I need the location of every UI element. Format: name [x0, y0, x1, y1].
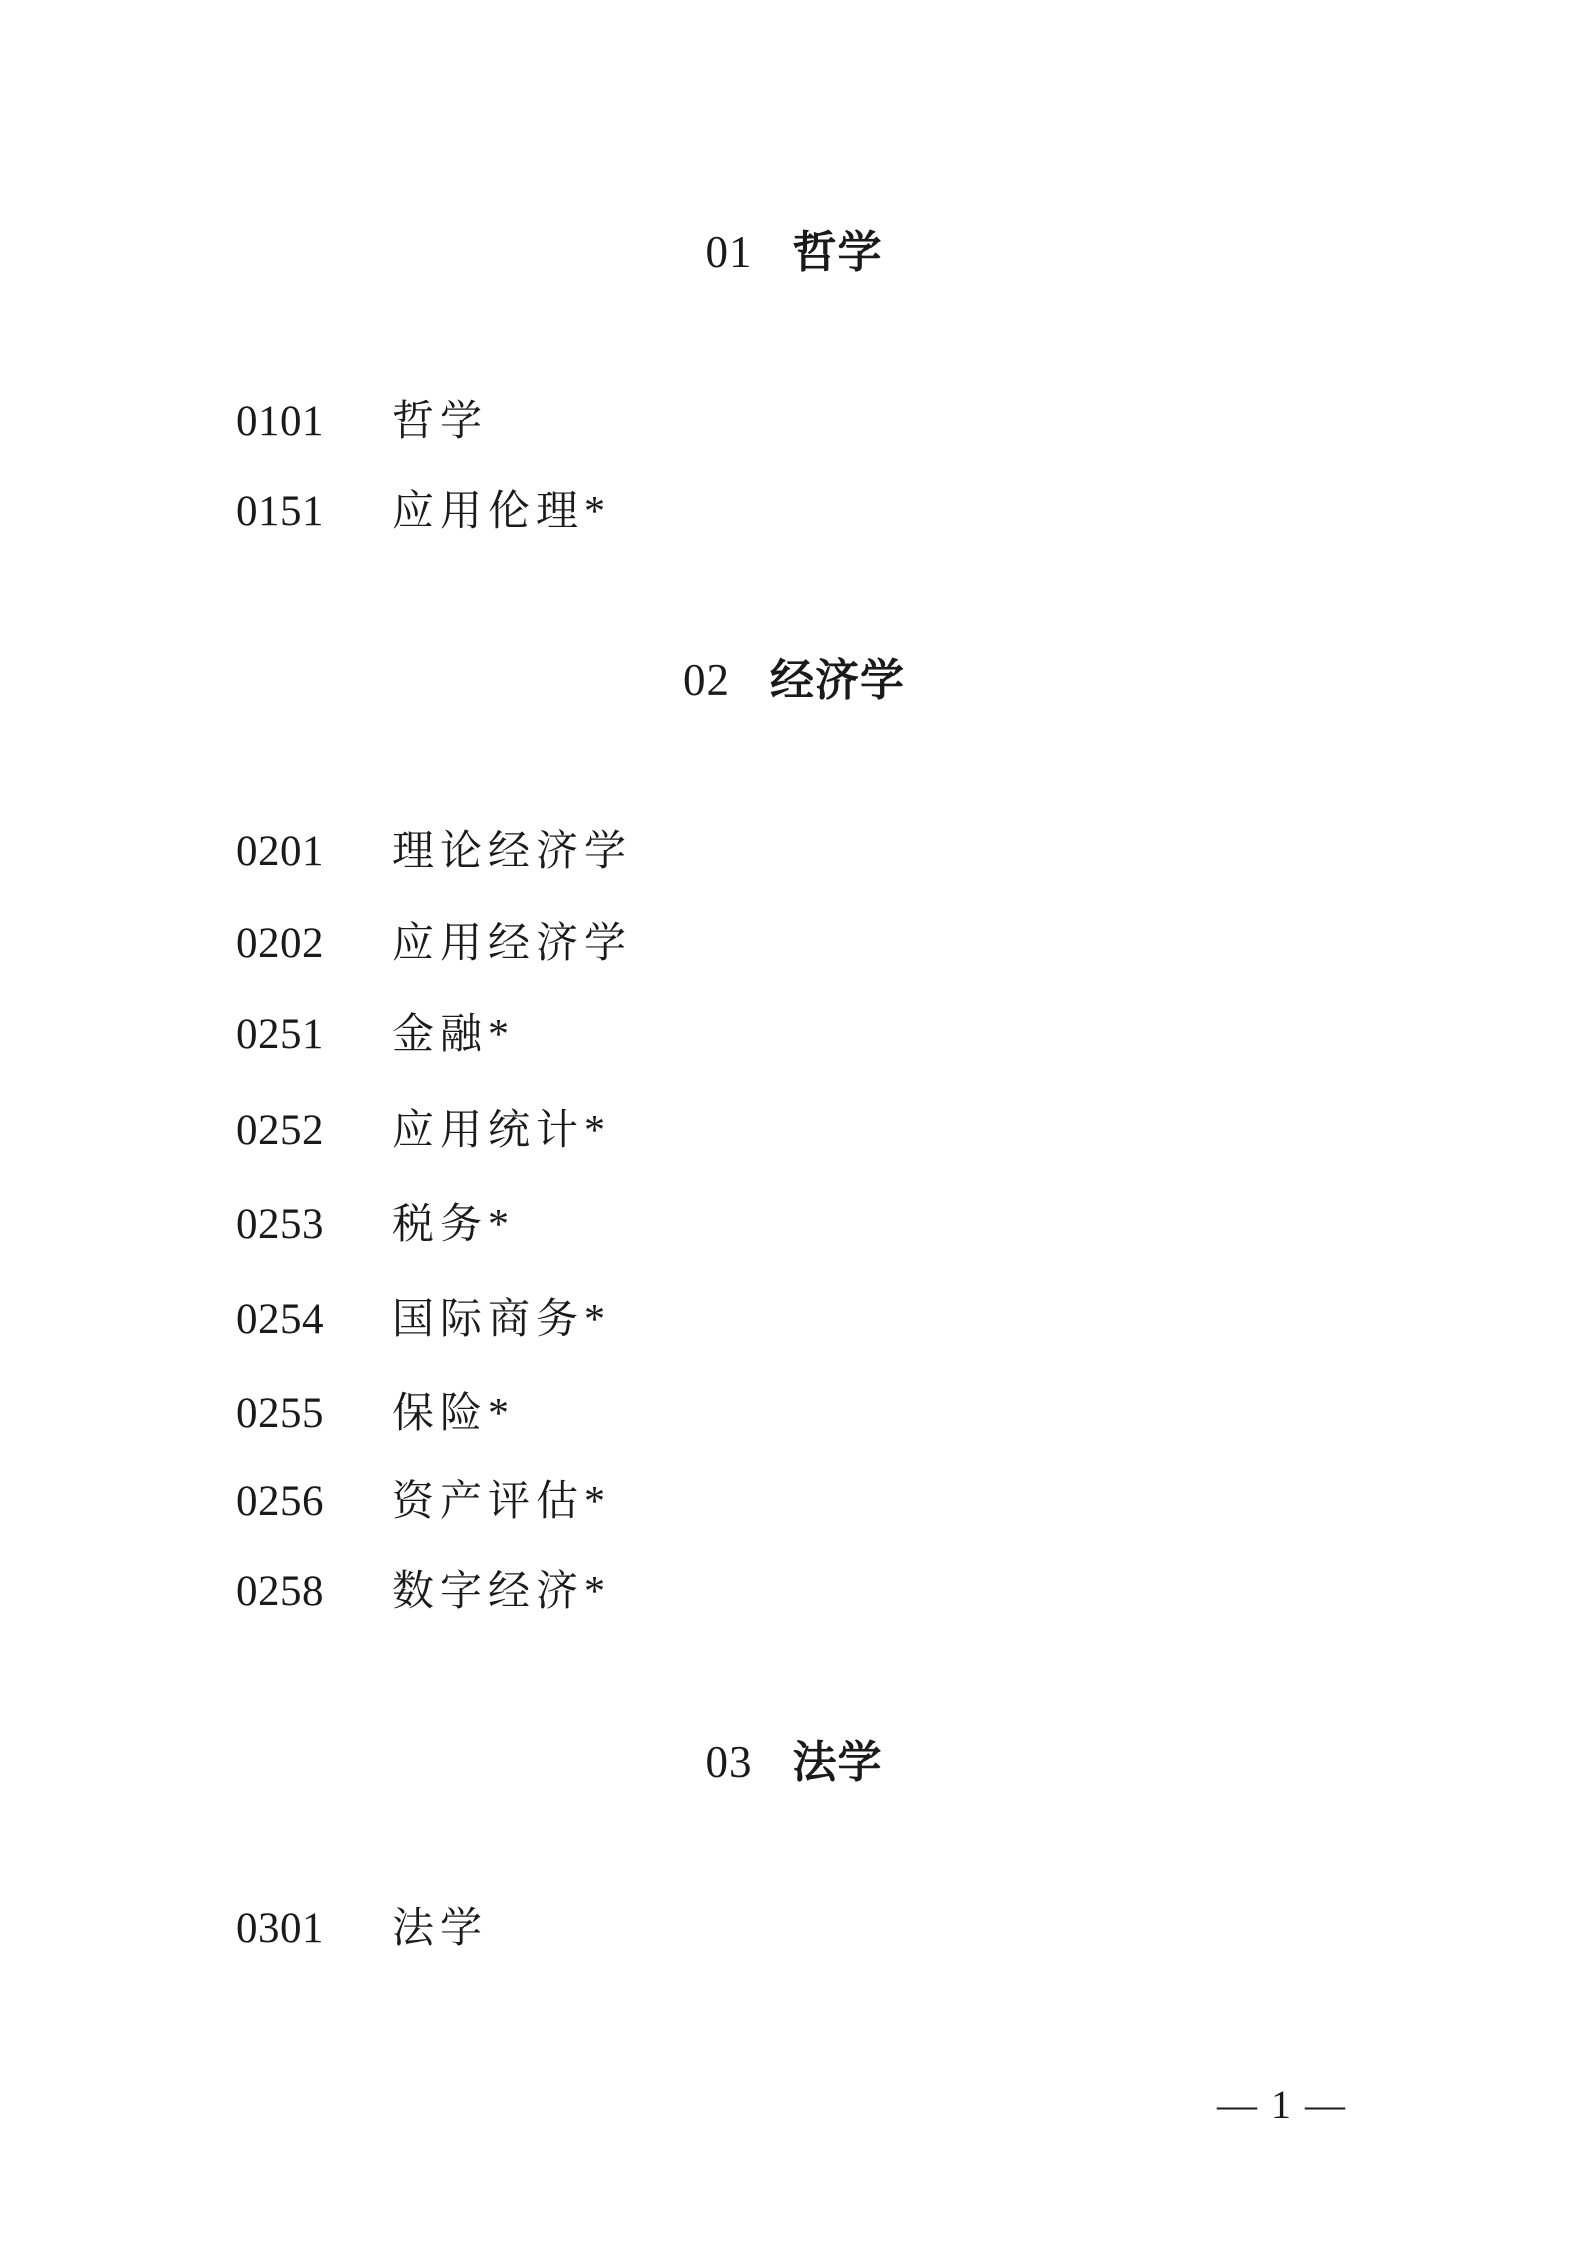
discipline-row: 0252 应用统计*: [0, 1107, 1588, 1155]
discipline-row: 0202 应用经济学: [0, 920, 1588, 968]
section-heading-law: 03法学: [0, 1740, 1588, 1785]
discipline-name: 哲学: [392, 398, 488, 446]
page-number: — 1 —: [1217, 2085, 1347, 2125]
section-title: 哲学: [793, 228, 883, 277]
discipline-code: 0251: [236, 1011, 324, 1059]
discipline-code: 0255: [236, 1390, 324, 1438]
document-page: 01哲学 0101 哲学 0151 应用伦理* 02经济学 0201 理论经济学…: [0, 0, 1588, 2245]
discipline-code: 0151: [236, 488, 324, 536]
discipline-name: 数字经济*: [392, 1568, 611, 1616]
section-title: 经济学: [770, 656, 905, 705]
section-code: 02: [683, 655, 730, 705]
discipline-name: 应用伦理*: [392, 488, 611, 536]
discipline-row: 0301 法学: [0, 1905, 1588, 1953]
discipline-row: 0255 保险*: [0, 1390, 1588, 1438]
discipline-code: 0202: [236, 920, 324, 968]
discipline-code: 0252: [236, 1107, 324, 1155]
discipline-code: 0258: [236, 1568, 324, 1616]
section-title: 法学: [793, 1738, 883, 1787]
discipline-name: 资产评估*: [392, 1478, 611, 1526]
discipline-row: 0253 税务*: [0, 1201, 1588, 1249]
discipline-row: 0201 理论经济学: [0, 828, 1588, 876]
discipline-name: 理论经济学: [392, 828, 632, 876]
discipline-code: 0256: [236, 1478, 324, 1526]
discipline-code: 0101: [236, 398, 324, 446]
discipline-row: 0151 应用伦理*: [0, 488, 1588, 536]
discipline-code: 0201: [236, 828, 324, 876]
section-code: 01: [706, 227, 753, 277]
discipline-code: 0301: [236, 1905, 324, 1953]
discipline-name: 应用统计*: [392, 1107, 611, 1155]
discipline-row: 0251 金融*: [0, 1011, 1588, 1059]
discipline-name: 保险*: [392, 1390, 515, 1438]
discipline-name: 应用经济学: [392, 920, 632, 968]
discipline-code: 0254: [236, 1296, 324, 1344]
discipline-row: 0258 数字经济*: [0, 1568, 1588, 1616]
section-heading-philosophy: 01哲学: [0, 230, 1588, 275]
section-heading-economics: 02经济学: [0, 658, 1588, 703]
discipline-row: 0101 哲学: [0, 398, 1588, 446]
discipline-name: 法学: [392, 1905, 488, 1953]
discipline-name: 国际商务*: [392, 1296, 611, 1344]
discipline-code: 0253: [236, 1201, 324, 1249]
section-code: 03: [706, 1737, 753, 1787]
discipline-name: 税务*: [392, 1201, 515, 1249]
discipline-row: 0254 国际商务*: [0, 1296, 1588, 1344]
discipline-name: 金融*: [392, 1011, 515, 1059]
discipline-row: 0256 资产评估*: [0, 1478, 1588, 1526]
